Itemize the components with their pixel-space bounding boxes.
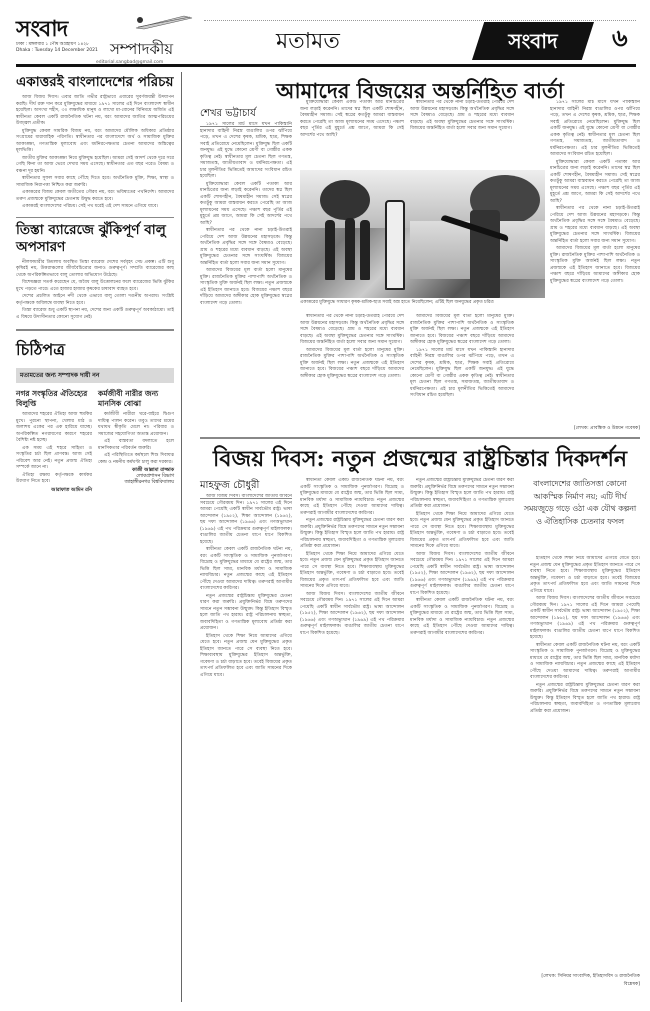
letter-2-signature: কাজী আল্লামা রাজ্জাক লোকপ্রশাসন বিভাগ জা… [98, 468, 174, 486]
paragraph: স্বাধীনতা কেবল একটি রাজনৈতিক ঘটনা নয়, ব… [300, 478, 404, 517]
paragraph: আজ বিজয় দিবস। এবার জাতি গভীর রাষ্ট্রভাব… [16, 95, 174, 128]
paragraph: একাত্তরের বিজয় কেবল অতীতের গৌরব নয়, বর… [16, 190, 174, 203]
paragraph: এই বাস্তবতা বদলাতে হলে মানসিকতার পরিবর্ত… [98, 439, 174, 452]
paragraph: বিশেষজ্ঞরা সতর্ক করেছেন যে, অবৈধ বালু উত… [16, 280, 174, 293]
paragraph: আমাদের বিজয়ের মূল বার্তা হলো মানুষের মু… [550, 246, 640, 285]
paragraph: ইতিহাস থেকে শিক্ষা নিয়ে আমাদের এগিয়ে য… [530, 556, 640, 595]
photo-figure [360, 220, 370, 280]
paragraph: আজ বিজয় দিবস। বাংলাদেশের জাতীয় জীবনে স… [200, 494, 292, 546]
paragraph: নতুন প্রজন্মের রাষ্ট্রচিন্তায় মুক্তিযুদ… [410, 478, 514, 511]
paragraph: এক সময় এই শহরে সাহিত্য ও সংস্কৃতির চর্চ… [16, 446, 92, 472]
paragraph: আমাদের বিজয়ের মূল বার্তা হলো মানুষের মু… [410, 314, 514, 347]
article-1-column-2-top: মুক্তিযোদ্ধারা কেবল একটি পতাকা আর মানচিত… [300, 100, 404, 166]
article-divider [200, 437, 640, 439]
paragraph: একাত্তরই বাংলাদেশের পরিচয়। সেই পথ ধরেই … [16, 204, 174, 211]
editorial-1: একাত্তরই বাংলাদেশের পরিচয় আজ বিজয় দিবস… [16, 74, 174, 211]
paragraph: স্বাধীনতার পর থেকে নানা চড়াই-উতরাই পেরি… [300, 314, 404, 347]
article-2-column-3: নতুন প্রজন্মের রাষ্ট্রচিন্তায় মুক্তিযুদ… [410, 478, 514, 984]
letters-section: চিঠিপত্র মতামতের জন্য সম্পাদক দায়ী নন ন… [16, 337, 174, 494]
paragraph: স্বাধীনতার সুফল সবার কাছে পৌঁছে দিতে হবে… [16, 176, 174, 189]
letter-1-body: আমাদের শহরের ঐতিহ্য আজ হুমকির মুখে। পুরন… [16, 412, 92, 486]
article-2-column-4: ইতিহাস থেকে শিক্ষা নিয়ে আমাদের এগিয়ে য… [530, 556, 640, 966]
letter-2: কর্মজীবী নারীর জন্য মানসিক বোঝা কর্মজীবী… [98, 387, 174, 494]
paragraph: স্বাধীনতার পর থেকে নানা চড়াই-উতরাই পেরি… [550, 206, 640, 245]
paragraph: নতুন প্রজন্মের রাষ্ট্রচিন্তায় মুক্তিযুদ… [300, 518, 404, 551]
dateline-english: Dhaka : Tuesday 14 December 2021 [16, 48, 106, 54]
paragraph: মুক্তিযুদ্ধ কেবল সামরিক বিজয় নয়, বরং আ… [16, 129, 174, 155]
article-2-headline[interactable]: বিজয় দিবস: নতুন প্রজন্মের রাষ্ট্রচিন্তা… [200, 442, 640, 479]
paragraph: দেশের প্রচলিত আইনে নদী থেকে এভাবে বালু ত… [16, 294, 174, 307]
paragraph: নীলফামারীর ডিমলায় অবস্থিত তিস্তা ব্যারে… [16, 260, 174, 280]
paragraph: ১৯৭১ সালের মার্চ মাসে যখন পাকিস্তানি হান… [550, 100, 640, 159]
quill-pen-icon [134, 14, 194, 30]
masthead: সংবাদ ঢাকা : মঙ্গলবার ১ পৌষ অগ্রহায়ণ ১৪… [16, 8, 636, 64]
masthead-rule [16, 64, 636, 67]
dotted-divider [204, 20, 636, 21]
editorial-1-headline[interactable]: একাত্তরই বাংলাদেশের পরিচয় [16, 74, 174, 91]
page-number: ৬ [612, 20, 628, 60]
article-2-column-1: আজ বিজয় দিবস। বাংলাদেশের জাতীয় জীবনে স… [200, 494, 292, 984]
letter-2-title[interactable]: কর্মজীবী নারীর জন্য মানসিক বোঝা [98, 389, 174, 409]
paragraph: জাতীয় মুক্তির আকাঙ্ক্ষা নিয়ে মুক্তিযুদ… [16, 156, 174, 176]
column-divider [181, 72, 182, 1002]
signature-institution: জাহাঙ্গীরনগর বিশ্ববিদ্যালয় [98, 480, 174, 486]
article-1-column-3-top: স্বাধীনতার পর থেকে নানা চড়াই-উতরাই পেরি… [410, 100, 514, 166]
paragraph: আমাদের শহরের ঐতিহ্য আজ হুমকির মুখে। পুরন… [16, 412, 92, 445]
editorial-2: তিস্তা ব্যারেজে ঝুঁকিপূর্ণ বালু অপসারণ ন… [16, 222, 174, 322]
paragraph: মুক্তিযোদ্ধারা কেবল একটি পতাকা আর মানচিত… [200, 182, 292, 228]
article-1-column-3-bottom: আমাদের বিজয়ের মূল বার্তা হলো মানুষের মু… [410, 314, 514, 434]
left-column: একাত্তরই বাংলাদেশের পরিচয় আজ বিজয় দিবস… [16, 70, 174, 494]
paragraph: ঐতিহ্য রক্ষায় কর্তৃপক্ষকে কার্যকর উদ্যো… [16, 473, 92, 486]
paragraph: স্বাধীনতার পর থেকে নানা চড়াই-উতরাই পেরি… [410, 100, 514, 133]
article-2-column-2: স্বাধীনতা কেবল একটি রাজনৈতিক ঘটনা নয়, ব… [300, 478, 404, 984]
editorial-2-body: নীলফামারীর ডিমলায় অবস্থিত তিস্তা ব্যারে… [16, 260, 174, 322]
section-title: মতামত [276, 24, 340, 61]
dateline: ঢাকা : মঙ্গলবার ১ পৌষ অগ্রহায়ণ ১৪২৮ Dha… [16, 42, 106, 54]
photo-caption: একাত্তরের মুক্তিযুদ্ধে সাধারণ কৃষক-শ্রমি… [300, 300, 545, 306]
paragraph: নতুন প্রজন্মের রাষ্ট্রচিন্তায় মুক্তিযুদ… [530, 683, 640, 716]
article-2-pullquote: বাংলাদেশের জাতিসত্তা কোনো আকস্মিক নির্মা… [520, 478, 640, 528]
paragraph: ইতিহাস থেকে শিক্ষা নিয়ে আমাদের এগিয়ে য… [410, 512, 514, 551]
paragraph: আজ বিজয় দিবস। বাংলাদেশের জাতীয় জীবনে স… [300, 592, 404, 638]
letter-1: নগর সংস্কৃতির ঐতিহ্যের বিলুপ্তি আমাদের শ… [16, 387, 92, 494]
letters-columns: নগর সংস্কৃতির ঐতিহ্যের বিলুপ্তি আমাদের শ… [16, 387, 174, 494]
paragraph: নতুন প্রজন্মের রাষ্ট্রচিন্তায় মুক্তিযুদ… [200, 594, 292, 633]
article-2-author-note: [লেখক: সিনিয়র সাংবাদিক, ইতিহাসবিদ ও রাজ… [530, 972, 640, 988]
editorial-1-body: আজ বিজয় দিবস। এবার জাতি গভীর রাষ্ট্রভাব… [16, 95, 174, 211]
letter-1-signature: আরাফাত আমিন রনি [16, 488, 92, 494]
article-1-column-2-bottom: স্বাধীনতার পর থেকে নানা চড়াই-উতরাই পেরি… [300, 314, 404, 434]
paragraph: স্বাধীনতা কেবল একটি রাজনৈতিক ঘটনা নয়, ব… [530, 643, 640, 682]
paragraph: স্বাধীনতার পর থেকে নানা চড়াই-উতরাই পেরি… [200, 228, 292, 267]
paragraph: কর্মজীবী নারীরা ঘরে-বাইরে দ্বিগুণ দায়িত… [98, 412, 174, 438]
photo-figure [325, 220, 335, 280]
photo-tree [320, 180, 370, 220]
article-1-author-note: [লেখক: প্রাবন্ধিক ও উন্নয়ন গবেষক] [540, 424, 640, 432]
section-divider [16, 329, 174, 331]
letter-2-body: কর্মজীবী নারীরা ঘরে-বাইরে দ্বিগুণ দায়িত… [98, 412, 174, 466]
letters-disclaimer-banner: মতামতের জন্য সম্পাদক দায়ী নন [16, 368, 174, 383]
paragraph: ইতিহাস থেকে শিক্ষা নিয়ে আমাদের এগিয়ে য… [300, 552, 404, 591]
letter-1-title[interactable]: নগর সংস্কৃতির ঐতিহ্যের বিলুপ্তি [16, 389, 92, 409]
paragraph: মুক্তিযোদ্ধারা কেবল একটি পতাকা আর মানচিত… [550, 160, 640, 206]
article-1-photo[interactable] [300, 170, 545, 298]
section-divider [16, 217, 174, 218]
article-1-column-4: ১৯৭১ সালের মার্চ মাসে যখন পাকিস্তানি হান… [550, 100, 640, 418]
article-1-column-1: ১৯৭১ সালের মার্চ মাসে যখন পাকিস্তানি হান… [200, 122, 292, 308]
photo-figure [470, 210, 500, 298]
photo-figure [385, 200, 405, 290]
editorial-2-headline[interactable]: তিস্তা ব্যারেজে ঝুঁকিপূর্ণ বালু অপসারণ [16, 222, 174, 256]
paragraph: ইতিহাস থেকে শিক্ষা নিয়ে আমাদের এগিয়ে য… [200, 634, 292, 680]
paragraph: মুক্তিযোদ্ধারা কেবল একটি পতাকা আর মানচিত… [300, 100, 404, 139]
paragraph: তিস্তা ব্যারেজ শুধু একটি স্থাপনা নয়, দে… [16, 308, 174, 321]
letters-section-title: চিঠিপত্র [16, 337, 174, 364]
paragraph: আমাদের বিজয়ের মূল বার্তা হলো মানুষের মু… [300, 348, 404, 381]
photo-figure [345, 218, 355, 280]
paragraph: স্বাধীনতা কেবল একটি রাজনৈতিক ঘটনা নয়, ব… [200, 547, 292, 593]
paragraph: আমাদের বিজয়ের মূল বার্তা হলো মানুষের মু… [200, 268, 292, 307]
newspaper-logo-badge[interactable]: সংবাদ [472, 22, 594, 60]
paragraph: এই পরিস্থিতিতে কর্মস্থলে শিশু দিবাযত্ন ক… [98, 453, 174, 466]
paragraph: আজ বিজয় দিবস। বাংলাদেশের জাতীয় জীবনে স… [410, 552, 514, 598]
paragraph: স্বাধীনতা কেবল একটি রাজনৈতিক ঘটনা নয়, ব… [410, 598, 514, 637]
paragraph: ১৯৭১ সালের মার্চ মাসে যখন পাকিস্তানি হান… [200, 122, 292, 181]
paragraph: ১৯৭১ সালের মার্চ মাসে যখন পাকিস্তানি হান… [410, 348, 514, 400]
paragraph: আজ বিজয় দিবস। বাংলাদেশের জাতীয় জীবনে স… [530, 596, 640, 642]
